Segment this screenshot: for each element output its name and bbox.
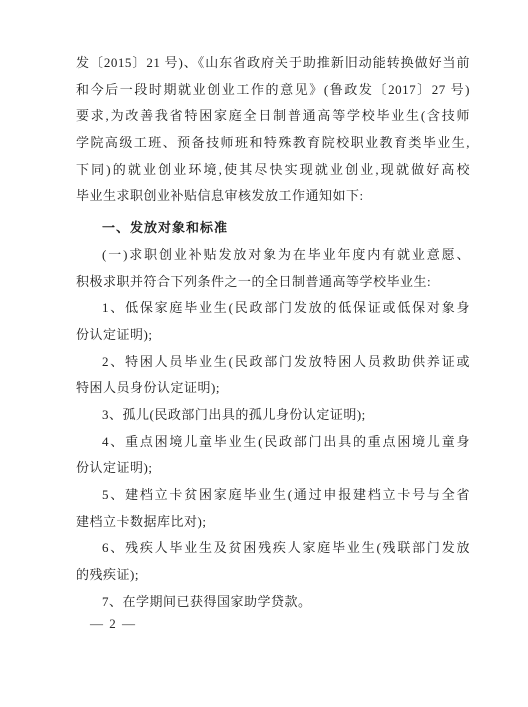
text-line: 7、在学期间已获得国家助学贷款。: [76, 589, 470, 616]
text-line: 建档立卡数据库比对);: [76, 509, 470, 536]
text-line: 1、低保家庭毕业生(民政部门发放的低保证或低保对象身: [76, 295, 470, 322]
text-line: 6、残疾人毕业生及贫困残疾人家庭毕业生(残联部门发放: [76, 535, 470, 562]
text-line: 4、重点困境儿童毕业生(民政部门出具的重点困境儿童身: [76, 429, 470, 456]
text-line: 要求,为改善我省特困家庭全日制普通高等学校毕业生(含技师: [76, 103, 470, 130]
text-line: 份认定证明);: [76, 455, 470, 482]
text-line: 发〔2015〕21 号)、《山东省政府关于助推新旧动能转换做好当前: [76, 50, 470, 77]
page-number: — 2 —: [90, 616, 137, 632]
text-line: 的残疾证);: [76, 562, 470, 589]
text-line: 份认定证明);: [76, 322, 470, 349]
text-line: 毕业生求职创业补贴信息审核发放工作通知如下:: [76, 183, 470, 210]
text-line: (一)求职创业补贴发放对象为在毕业年度内有就业意愿、: [76, 242, 470, 269]
text-line: 和今后一段时期就业创业工作的意见》(鲁政发〔2017〕27 号): [76, 77, 470, 104]
text-line: 下同)的就业创业环境,使其尽快实现就业创业,现就做好高校: [76, 157, 470, 184]
text-line: 学院高级工班、预备技师班和特殊教育院校职业教育类毕业生,: [76, 130, 470, 157]
text-line: 积极求职并符合下列条件之一的全日制普通高等学校毕业生:: [76, 269, 470, 296]
scanned-document-page: 发〔2015〕21 号)、《山东省政府关于助推新旧动能转换做好当前和今后一段时期…: [0, 0, 528, 707]
text-line: 一、发放对象和标准: [76, 215, 470, 242]
document-body: 发〔2015〕21 号)、《山东省政府关于助推新旧动能转换做好当前和今后一段时期…: [76, 50, 470, 615]
text-line: 特困人员身份认定证明);: [76, 375, 470, 402]
text-line: 3、孤儿(民政部门出具的孤儿身份认定证明);: [76, 402, 470, 429]
text-line: 5、建档立卡贫困家庭毕业生(通过申报建档立卡号与全省: [76, 482, 470, 509]
text-line: 2、特困人员毕业生(民政部门发放特困人员救助供养证或: [76, 349, 470, 376]
